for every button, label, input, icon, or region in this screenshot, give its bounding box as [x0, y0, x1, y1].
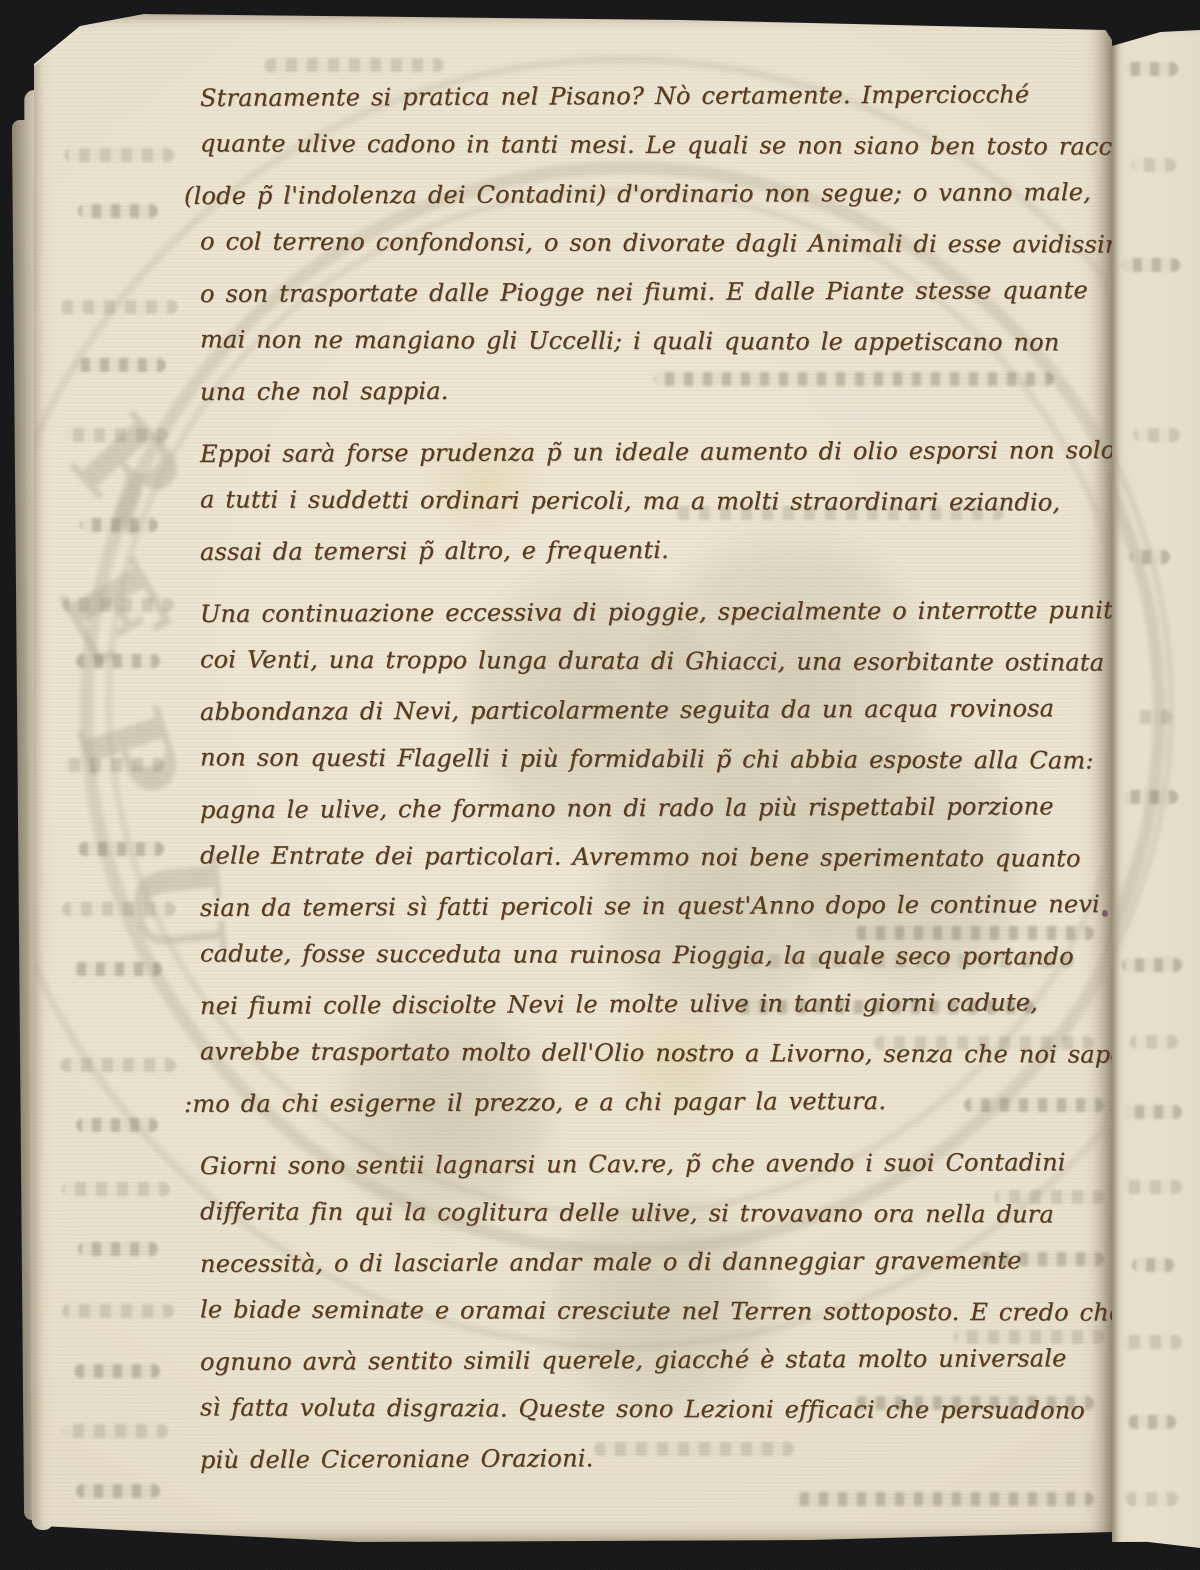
paragraph: Eppoi sarà forse prudenza p̃ un ideale a… [200, 428, 1112, 575]
manuscript-line: o col terreno confondonsi, o son divorat… [200, 217, 1112, 269]
ghost-bleedthrough [1124, 790, 1178, 804]
watermark-letter: E [34, 538, 198, 685]
ghost-bleedthrough [62, 598, 174, 612]
manuscript-line: delle Entrate dei particolari. Avremmo n… [200, 831, 1112, 883]
manuscript-line: non son questi Flagelli i più formidabil… [200, 733, 1112, 785]
watermark-letter: R [45, 389, 214, 555]
ghost-bleedthrough [1126, 62, 1178, 76]
ghost-bleedthrough [1136, 710, 1172, 724]
ghost-bleedthrough [62, 1182, 170, 1196]
paragraph: Stranamente si pratica nel Pisano? Nò ce… [200, 72, 1112, 415]
ghost-bleedthrough [1130, 550, 1170, 564]
manuscript-line: sì fatta voluta disgrazia. Queste sono L… [200, 1383, 1112, 1435]
manuscript-line: avrebbe trasportato molto dell'Olio nost… [200, 1027, 1112, 1079]
ghost-bleedthrough [62, 1424, 168, 1438]
ghost-bleedthrough [74, 962, 162, 976]
manuscript-line: più delle Ciceroniane Orazioni. [200, 1432, 1112, 1485]
manuscript-line: Una continuazione eccessiva di pioggie, … [200, 586, 1112, 639]
ghost-bleedthrough [1130, 1035, 1178, 1049]
manuscript-line: coi Venti, una troppo lunga durata di Gh… [200, 635, 1112, 687]
manuscript-line: Eppoi sarà forse prudenza p̃ un ideale a… [200, 426, 1112, 479]
ghost-bleedthrough [62, 1304, 174, 1318]
ghost-bleedthrough [1122, 958, 1182, 972]
ghost-bleedthrough [1124, 1180, 1182, 1194]
ghost-bleedthrough [264, 58, 444, 72]
ghost-bleedthrough [1128, 1415, 1176, 1429]
ghost-bleedthrough [78, 842, 164, 856]
ghost-bleedthrough [1122, 258, 1180, 272]
manuscript-line: Giorni sono sentii lagnarsi un Cav.re, p… [200, 1138, 1112, 1191]
ghost-bleedthrough [74, 358, 166, 372]
manuscript-line: mai non ne mangiano gli Uccelli; i quali… [200, 315, 1112, 367]
manuscript-line: (lode p̃ l'indolenza dei Contadini) d'or… [184, 168, 1112, 221]
manuscript-line: una che nol sappia. [200, 364, 1112, 417]
next-page-edge [1112, 30, 1200, 1548]
manuscript-text: Stranamente si pratica nel Pisano? Nò ce… [200, 72, 1112, 1496]
ghost-bleedthrough [60, 1058, 176, 1072]
ghost-bleedthrough [62, 902, 176, 916]
manuscript-line: le biade seminate e oramai cresciute nel… [200, 1285, 1112, 1337]
ghost-bleedthrough [76, 1118, 158, 1132]
manuscript-page: R E P U Stranamente si pratica nel Pis [34, 14, 1112, 1542]
ghost-bleedthrough [76, 654, 160, 668]
manuscript-line: sian da temersi sì fatti pericoli se in … [200, 880, 1112, 933]
ghost-bleedthrough [76, 1484, 160, 1498]
paragraph: Una continuazione eccessiva di pioggie, … [200, 588, 1112, 1127]
watermark-letter: P [49, 692, 209, 819]
manuscript-line: a tutti i suddetti ordinari pericoli, ma… [200, 475, 1112, 527]
ghost-bleedthrough [80, 518, 158, 532]
manuscript-line: necessità, o di lasciarle andar male o d… [200, 1236, 1112, 1289]
manuscript-line: differita fin qui la coglitura delle uli… [200, 1187, 1112, 1239]
ghost-bleedthrough [60, 300, 178, 314]
manuscript-line: assai da temersi p̃ altro, e frequenti. [200, 524, 1112, 577]
manuscript-line: ognuno avrà sentito simili querele, giac… [200, 1334, 1112, 1387]
ghost-bleedthrough [1124, 1335, 1182, 1349]
manuscript-line: nei fiumi colle disciolte Nevi le molte … [200, 978, 1112, 1031]
ghost-bleedthrough [1126, 1492, 1178, 1506]
manuscript-line: quante ulive cadono in tanti mesi. Le qu… [200, 119, 1112, 171]
ghost-bleedthrough [1126, 1105, 1182, 1119]
ghost-bleedthrough [64, 428, 168, 442]
manuscript-line: cadute, fosse succeduta una ruinosa Piog… [200, 929, 1112, 981]
ghost-bleedthrough [64, 758, 164, 772]
ghost-bleedthrough [1132, 158, 1176, 172]
ghost-bleedthrough [78, 204, 158, 218]
ghost-bleedthrough [64, 148, 174, 162]
ghost-bleedthrough [78, 1242, 158, 1256]
ghost-bleedthrough [1132, 1258, 1174, 1272]
manuscript-line: pagna le ulive, che formano non di rado … [200, 782, 1112, 835]
ghost-bleedthrough [74, 1364, 160, 1378]
manuscript-line: o son trasportate dalle Piogge nei fiumi… [200, 266, 1112, 319]
manuscript-line: abbondanza di Nevi, particolarmente segu… [200, 684, 1112, 737]
manuscript-line: Stranamente si pratica nel Pisano? Nò ce… [200, 70, 1112, 123]
ghost-bleedthrough [1134, 428, 1180, 442]
manuscript-line: :mo da chi esigerne il prezzo, e a chi p… [184, 1076, 1112, 1129]
paragraph: Giorni sono sentii lagnarsi un Cav.re, p… [200, 1140, 1112, 1483]
